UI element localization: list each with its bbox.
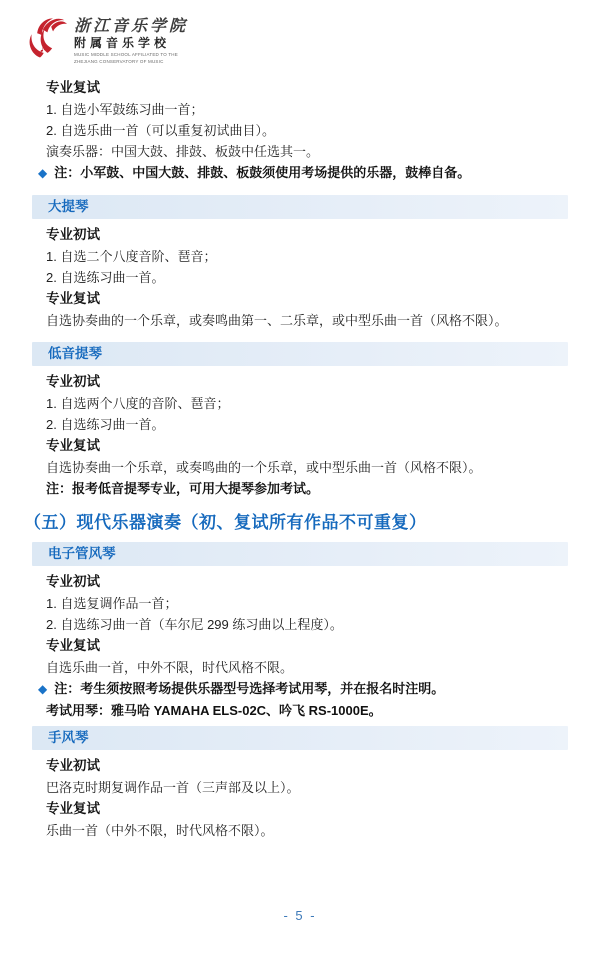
section-bar-electronic-organ: 电子管风琴 xyxy=(32,542,568,566)
organ-first-item: 1. 自选复调作品一首； xyxy=(32,596,568,611)
phoenix-logo-icon: ♪ xyxy=(26,13,68,61)
double-bass-retest-label: 专业复试 xyxy=(32,438,568,454)
cello-retest-label: 专业复试 xyxy=(32,291,568,307)
percussion-retest-label: 专业复试 xyxy=(32,80,568,96)
school-logo-text: 浙江音乐学院 附属音乐学校 MUSIC MIDDLE SCHOOL AFFILI… xyxy=(74,13,188,64)
cello-first-item: 1. 自选二个八度音阶、琶音； xyxy=(32,249,568,264)
cello-retest-item: 自选协奏曲的一个乐章，或奏鸣曲第一、二乐章，或中型乐曲一首（风格不限）。 xyxy=(32,313,568,328)
accordion-first-item: 巴洛克时期复调作品一首（三声部及以上）。 xyxy=(32,780,568,795)
document-content: 专业复试 1. 自选小军鼓练习曲一首； 2. 自选乐曲一首（可以重复初试曲目）。… xyxy=(32,80,568,844)
double-bass-first-label: 专业初试 xyxy=(32,374,568,390)
double-bass-first-item: 1. 自选两个八度的音阶、琶音； xyxy=(32,396,568,411)
section-bar-cello: 大提琴 xyxy=(32,195,568,219)
note-diamond-icon: ◆ xyxy=(38,682,47,697)
accordion-retest-label: 专业复试 xyxy=(32,801,568,817)
percussion-note: ◆ 注：小军鼓、中国大鼓、排鼓、板鼓须使用考场提供的乐器，鼓棒自备。 xyxy=(32,165,568,181)
organ-note-text: 注：考生须按照考场提供乐器型号选择考试用琴，并在报名时注明。 xyxy=(54,681,444,696)
organ-instrument-info: 考试用琴：雅马哈 YAMAHA ELS-02C、吟飞 RS-1000E。 xyxy=(32,703,568,718)
percussion-note-text: 注：小军鼓、中国大鼓、排鼓、板鼓须使用考场提供的乐器，鼓棒自备。 xyxy=(54,165,470,180)
school-name-chinese: 浙江音乐学院 xyxy=(74,17,188,35)
percussion-retest-item: 2. 自选乐曲一首（可以重复初试曲目）。 xyxy=(32,123,568,138)
school-logo: ♪ 浙江音乐学院 附属音乐学校 MUSIC MIDDLE SCHOOL AFFI… xyxy=(26,13,188,64)
section-heading-modern-instruments: （五）现代乐器演奏（初、复试所有作品不可重复） xyxy=(24,512,568,534)
school-name-english-line1: MUSIC MIDDLE SCHOOL AFFILIATED TO THE xyxy=(74,52,188,58)
cello-first-item: 2. 自选练习曲一首。 xyxy=(32,270,568,285)
double-bass-first-item: 2. 自选练习曲一首。 xyxy=(32,417,568,432)
accordion-first-label: 专业初试 xyxy=(32,758,568,774)
note-diamond-icon: ◆ xyxy=(38,166,47,181)
organ-first-label: 专业初试 xyxy=(32,574,568,590)
organ-note: ◆ 注：考生须按照考场提供乐器型号选择考试用琴，并在报名时注明。 xyxy=(32,681,568,697)
school-name-english-line2: ZHEJIANG CONSERVATORY OF MUSIC xyxy=(74,59,188,65)
percussion-retest-item: 1. 自选小军鼓练习曲一首； xyxy=(32,102,568,117)
section-bar-double-bass: 低音提琴 xyxy=(32,342,568,366)
cello-first-label: 专业初试 xyxy=(32,227,568,243)
organ-first-item: 2. 自选练习曲一首（车尔尼 299 练习曲以上程度）。 xyxy=(32,617,568,632)
accordion-retest-item: 乐曲一首（中外不限，时代风格不限）。 xyxy=(32,823,568,838)
school-name-attached: 附属音乐学校 xyxy=(74,36,188,51)
page-number: - 5 - xyxy=(0,908,600,923)
organ-retest-item: 自选乐曲一首，中外不限，时代风格不限。 xyxy=(32,660,568,675)
double-bass-note: 注：报考低音提琴专业，可用大提琴参加考试。 xyxy=(32,481,568,496)
document-page: ♪ 浙江音乐学院 附属音乐学校 MUSIC MIDDLE SCHOOL AFFI… xyxy=(0,0,600,960)
svg-text:♪: ♪ xyxy=(39,39,46,55)
percussion-retest-item: 演奏乐器：中国大鼓、排鼓、板鼓中任选其一。 xyxy=(32,144,568,159)
double-bass-retest-item: 自选协奏曲一个乐章，或奏鸣曲的一个乐章，或中型乐曲一首（风格不限）。 xyxy=(32,460,568,475)
organ-retest-label: 专业复试 xyxy=(32,638,568,654)
section-bar-accordion: 手风琴 xyxy=(32,726,568,750)
